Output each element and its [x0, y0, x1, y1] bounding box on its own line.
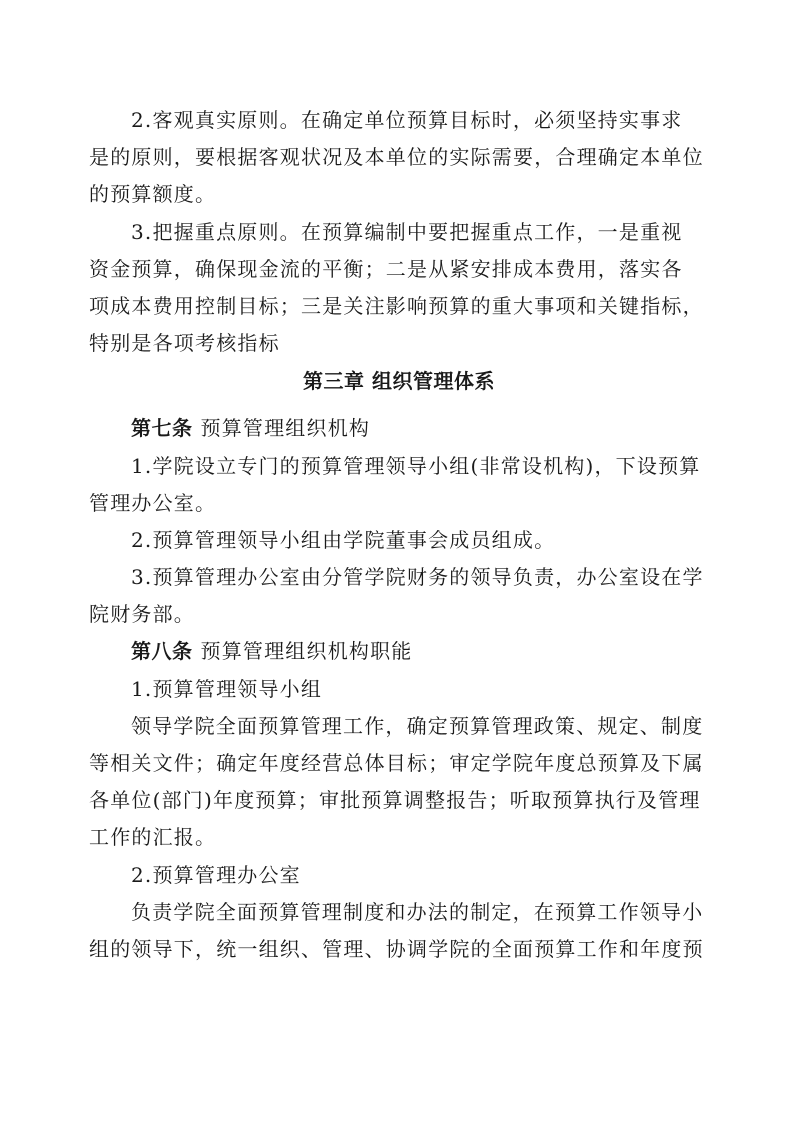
- text-line: 是的原则，要根据客观状况及本单位的实际需要，合理确定本单位: [89, 139, 709, 176]
- text-line: 工作的汇报。: [89, 819, 709, 856]
- text-line: 2.客观真实原则。在确定单位预算目标时，必须坚持实事求: [89, 102, 709, 139]
- article-heading: 第八条预算管理组织机构职能: [89, 633, 709, 670]
- article-label: 第七条: [131, 416, 193, 440]
- text-line: 负责学院全面预算管理制度和办法的制定，在预算工作领导小: [89, 894, 709, 931]
- section-heading: 2.预算管理办公室: [89, 857, 709, 894]
- article-8: 第八条预算管理组织机构职能 1.预算管理领导小组 领导学院全面预算管理工作，确定…: [89, 633, 709, 968]
- section-heading: 1.预算管理领导小组: [89, 671, 709, 708]
- text-line: 的预算额度。: [89, 176, 709, 213]
- paragraph-key-focus-principle: 3.把握重点原则。在预算编制中要把握重点工作，一是重视 资金预算，确保现金流的平…: [89, 214, 709, 363]
- text-line: 等相关文件；确定年度经营总体目标；审定学院年度总预算及下属: [89, 745, 709, 782]
- text-line: 3.把握重点原则。在预算编制中要把握重点工作，一是重视: [89, 214, 709, 251]
- text-line: 组的领导下，统一组织、管理、协调学院的全面预算工作和年度预: [89, 931, 709, 968]
- article-title: 预算管理组织机构职能: [201, 639, 413, 663]
- paragraph-objective-principle: 2.客观真实原则。在确定单位预算目标时，必须坚持实事求 是的原则，要根据客观状况…: [89, 102, 709, 214]
- chapter-title: 第三章 组织管理体系: [89, 362, 709, 400]
- article-title: 预算管理组织机构: [201, 416, 371, 440]
- text-line: 3.预算管理办公室由分管学院财务的领导负责，办公室设在学: [89, 559, 709, 596]
- text-line: 院财务部。: [89, 596, 709, 633]
- text-line: 各单位(部门)年度预算；审批预算调整报告；听取预算执行及管理: [89, 782, 709, 819]
- article-label: 第八条: [131, 639, 193, 663]
- text-line: 领导学院全面预算管理工作，确定预算管理政策、规定、制度: [89, 708, 709, 745]
- text-line: 特别是各项考核指标: [89, 325, 709, 362]
- text-line: 项成本费用控制目标；三是关注影响预算的重大事项和关键指标，: [89, 288, 709, 325]
- text-line: 管理办公室。: [89, 485, 709, 522]
- article-heading: 第七条预算管理组织机构: [89, 410, 709, 447]
- article-7: 第七条预算管理组织机构 1.学院设立专门的预算管理领导小组(非常设机构)，下设预…: [89, 410, 709, 633]
- text-line: 1.学院设立专门的预算管理领导小组(非常设机构)，下设预算: [89, 448, 709, 485]
- text-line: 2.预算管理领导小组由学院董事会成员组成。: [89, 522, 709, 559]
- text-line: 资金预算，确保现金流的平衡；二是从紧安排成本费用，落实各: [89, 251, 709, 288]
- document-page: 2.客观真实原则。在确定单位预算目标时，必须坚持实事求 是的原则，要根据客观状况…: [89, 102, 709, 968]
